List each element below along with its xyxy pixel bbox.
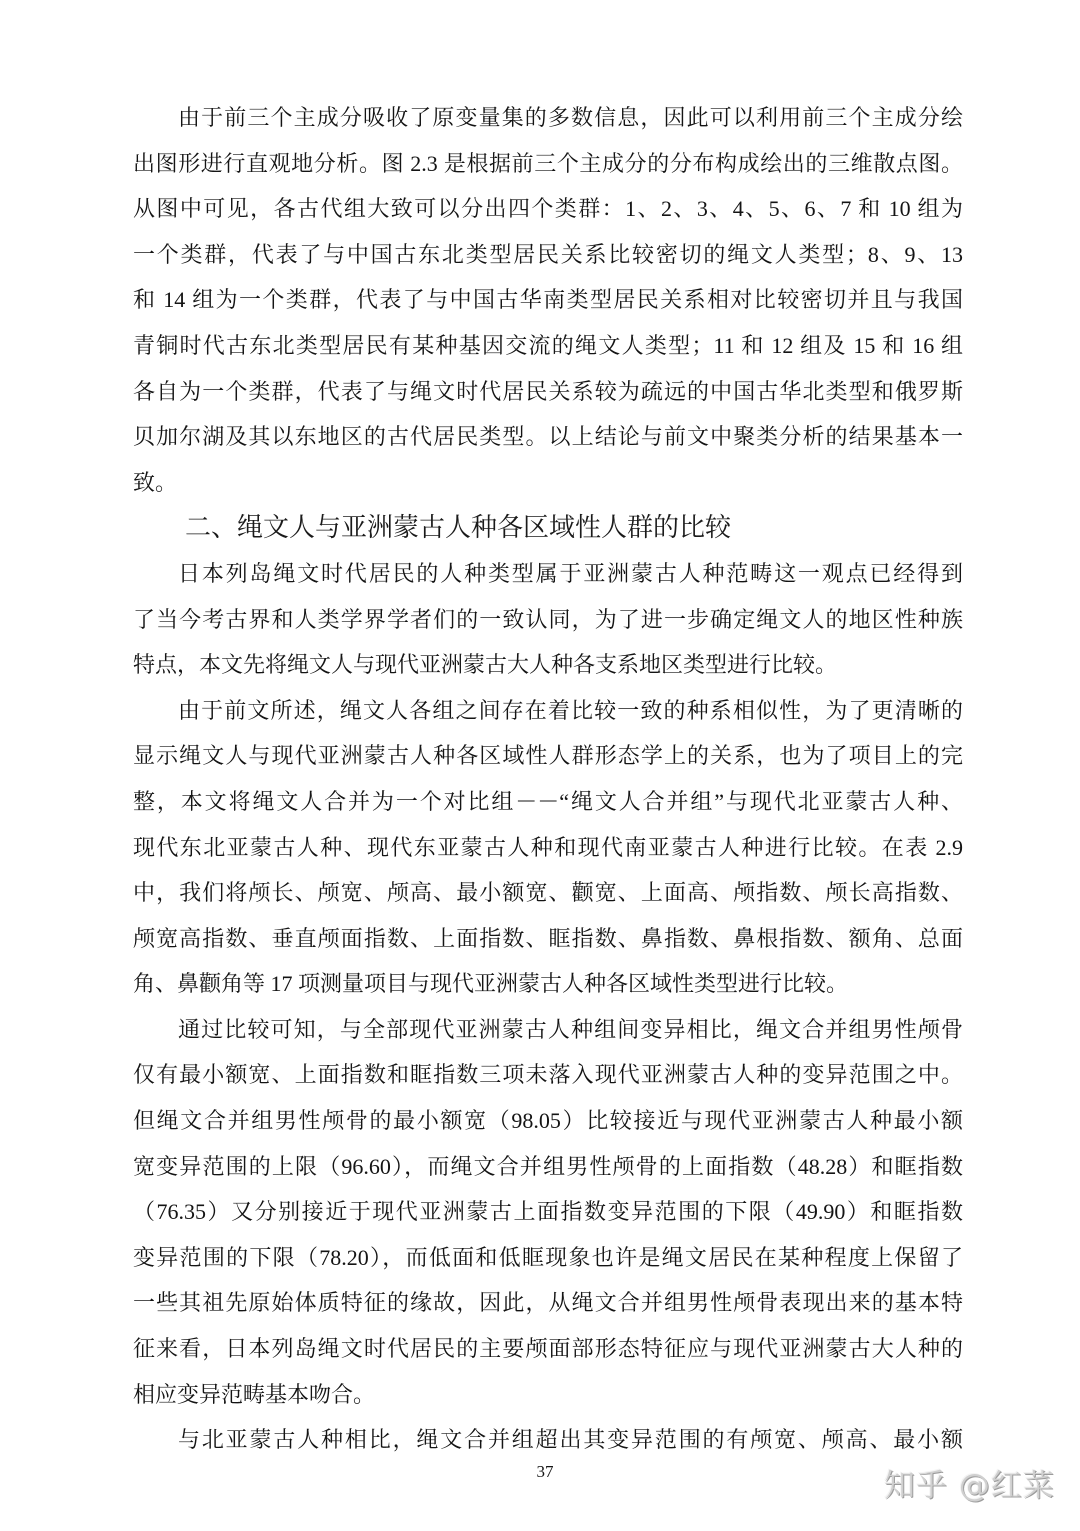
text-line: 宽变异范围的上限（96.60），而绳文合并组男性颅骨的上面指数（48.28）和眶… — [133, 1144, 963, 1190]
text-line: 由于前文所述，绳文人各组之间存在着比较一致的种系相似性，为了更清晰的 — [133, 688, 963, 734]
text-line: 颅宽高指数、垂直颅面指数、上面指数、眶指数、鼻指数、鼻根指数、额角、总面 — [133, 916, 963, 962]
text-line: 通过比较可知，与全部现代亚洲蒙古人种组间变异相比，绳文合并组男性颅骨 — [133, 1007, 963, 1053]
paragraph-comparison-method: 由于前文所述，绳文人各组之间存在着比较一致的种系相似性，为了更清晰的 显示绳文人… — [133, 688, 963, 1007]
text-line: 和 14 组为一个类群，代表了与中国古华南类型居民关系相对比较密切并且与我国 — [133, 277, 963, 323]
text-line: 青铜时代古东北类型居民有某种基因交流的绳文人类型；11 和 12 组及 15 和… — [133, 323, 963, 369]
text-line: 征来看，日本列岛绳文时代居民的主要颅面部形态特征应与现代亚洲蒙古大人种的 — [133, 1326, 963, 1372]
text-line: 但绳文合并组男性颅骨的最小额宽（98.05）比较接近与现代亚洲蒙古人种最小额 — [133, 1098, 963, 1144]
text-line: 与北亚蒙古人种相比，绳文合并组超出其变异范围的有颅宽、颅高、最小额 — [133, 1417, 963, 1463]
text-line: 出图形进行直观地分析。图 2.3 是根据前三个主成分的分布构成绘出的三维散点图。 — [133, 141, 963, 187]
text-line: 整，本文将绳文人合并为一个对比组－－“绳文人合并组”与现代北亚蒙古人种、 — [133, 779, 963, 825]
text-line: 相应变异范畴基本吻合。 — [133, 1372, 963, 1418]
text-line: 特点，本文先将绳文人与现代亚洲蒙古大人种各支系地区类型进行比较。 — [133, 642, 963, 688]
section-heading: 二、绳文人与亚洲蒙古人种各区域性人群的比较 — [133, 505, 963, 551]
text-line: 各自为一个类群，代表了与绳文时代居民关系较为疏远的中国古华北类型和俄罗斯 — [133, 369, 963, 415]
text-line: 一个类群，代表了与中国古东北类型居民关系比较密切的绳文人类型；8、9、13 — [133, 232, 963, 278]
text-line: 了当今考古界和人类学界学者们的一致认同，为了进一步确定绳文人的地区性种族 — [133, 597, 963, 643]
text-line: 现代东北亚蒙古人种、现代东亚蒙古人种和现代南亚蒙古人种进行比较。在表 2.9 — [133, 825, 963, 871]
paragraph-intro: 日本列岛绳文时代居民的人种类型属于亚洲蒙古人种范畴这一观点已经得到 了当今考古界… — [133, 551, 963, 688]
text-line: 中，我们将颅长、颅宽、颅高、最小额宽、颧宽、上面高、颅指数、颅长高指数、 — [133, 870, 963, 916]
text-line: 日本列岛绳文时代居民的人种类型属于亚洲蒙古人种范畴这一观点已经得到 — [133, 551, 963, 597]
text-line: 一些其祖先原始体质特征的缘故，因此，从绳文合并组男性颅骨表现出来的基本特 — [133, 1280, 963, 1326]
text-line: （76.35）又分别接近于现代亚洲蒙古上面指数变异范围的下限（49.90）和眶指… — [133, 1189, 963, 1235]
text-line: 显示绳文人与现代亚洲蒙古人种各区域性人群形态学上的关系，也为了项目上的完 — [133, 733, 963, 779]
paragraph-pca-clusters: 由于前三个主成分吸收了原变量集的多数信息，因此可以利用前三个主成分绘 出图形进行… — [133, 95, 963, 505]
text-line: 贝加尔湖及其以东地区的古代居民类型。以上结论与前文中聚类分析的结果基本一 — [133, 414, 963, 460]
paragraph-north-asian-comparison: 与北亚蒙古人种相比，绳文合并组超出其变异范围的有颅宽、颅高、最小额 — [133, 1417, 963, 1463]
text-line: 从图中可见，各古代组大致可以分出四个类群：1、2、3、4、5、6、7 和 10 … — [133, 186, 963, 232]
text-line: 仅有最小额宽、上面指数和眶指数三项未落入现代亚洲蒙古人种的变异范围之中。 — [133, 1052, 963, 1098]
paragraph-comparison-results: 通过比较可知，与全部现代亚洲蒙古人种组间变异相比，绳文合并组男性颅骨 仅有最小额… — [133, 1007, 963, 1417]
text-line: 变异范围的下限（78.20），而低面和低眶现象也许是绳文居民在某种程度上保留了 — [133, 1235, 963, 1281]
text-line: 角、鼻颧角等 17 项测量项目与现代亚洲蒙古人种各区域性类型进行比较。 — [133, 961, 963, 1007]
text-line: 致。 — [133, 460, 963, 506]
document-body: 由于前三个主成分吸收了原变量集的多数信息，因此可以利用前三个主成分绘 出图形进行… — [133, 95, 963, 1463]
text-line: 由于前三个主成分吸收了原变量集的多数信息，因此可以利用前三个主成分绘 — [133, 95, 963, 141]
zhihu-watermark: 知乎 @红菜 — [884, 1466, 1055, 1506]
page-number: 37 — [520, 1461, 570, 1483]
